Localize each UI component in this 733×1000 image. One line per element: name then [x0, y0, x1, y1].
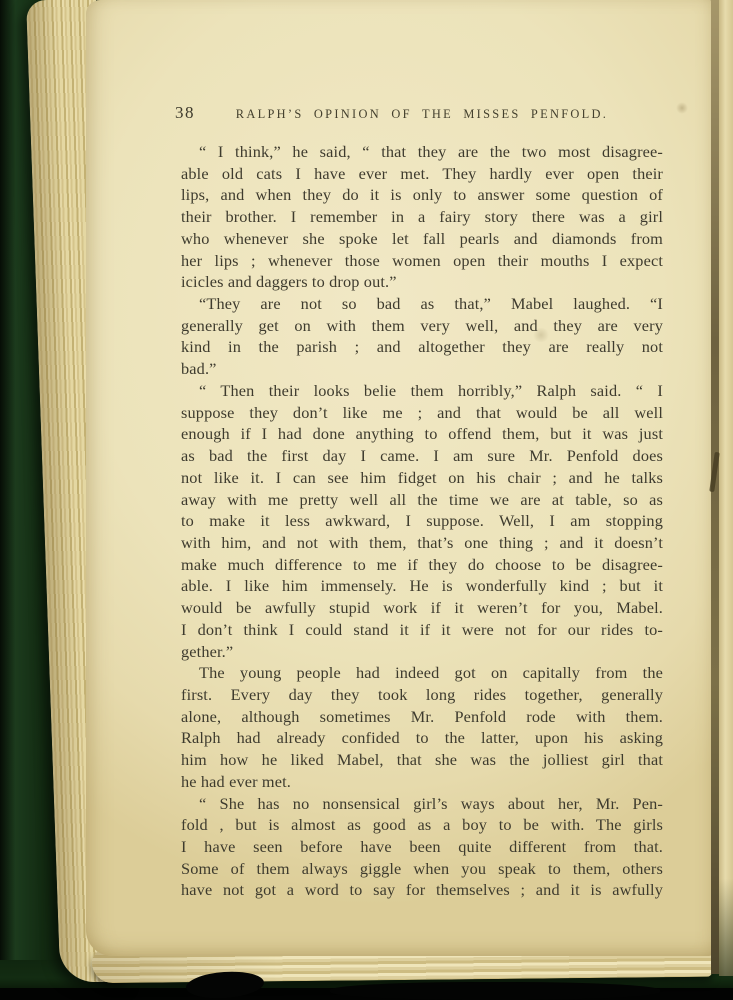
text-line: alone, although sometimes Mr. Penfold ro…	[181, 706, 663, 728]
text-line: their brother. I remember in a fairy sto…	[181, 206, 663, 228]
text-line: to make it less awkward, I suppose. Well…	[181, 510, 663, 532]
text-line: The young people had indeed got on capit…	[181, 662, 663, 684]
shadow-blob	[330, 982, 660, 1000]
paragraph: “ I think,” he said, “ that they are the…	[181, 141, 663, 293]
text-line: fold , but is almost as good as a boy to…	[181, 814, 663, 836]
paragraph: “ She has no nonsensical girl’s ways abo…	[181, 793, 663, 902]
text-line: have not got a word to say for themselve…	[181, 879, 663, 901]
paper-blemish	[532, 328, 550, 342]
text-line: “ I think,” he said, “ that they are the…	[181, 141, 663, 163]
text-line: I have seen before have been quite diffe…	[181, 836, 663, 858]
text-line: able old cats I have ever met. They hard…	[181, 163, 663, 185]
text-line: kind in the parish ; and altogether they…	[181, 336, 663, 358]
text-line: enough if I had done anything to offend …	[181, 423, 663, 445]
paper-blemish	[676, 102, 688, 114]
running-header: RALPH’S OPINION OF THE MISSES PENFOLD.	[181, 107, 663, 122]
text-line: away with me pretty well all the time we…	[181, 489, 663, 511]
text-line: able. I like him immensely. He is wonder…	[181, 575, 663, 597]
text-line: not like it. I can see him fidget on his…	[181, 467, 663, 489]
text-line: bad.”	[181, 358, 663, 380]
page-body: “ I think,” he said, “ that they are the…	[181, 141, 663, 901]
text-line: with him, and not with them, that’s one …	[181, 532, 663, 554]
text-line: generally get on with them very well, an…	[181, 315, 663, 337]
text-line: I don’t think I could stand it if it wer…	[181, 619, 663, 641]
page-edge-right	[719, 0, 733, 976]
text-line: “ Then their looks belie them horribly,”…	[181, 380, 663, 402]
book-photo: 38 RALPH’S OPINION OF THE MISSES PENFOLD…	[0, 0, 733, 1000]
paragraph: “ Then their looks belie them horribly,”…	[181, 380, 663, 662]
text-line: would be awfully stupid work if it weren…	[181, 597, 663, 619]
paragraph: “They are not so bad as that,” Mabel lau…	[181, 293, 663, 380]
text-line: him how he liked Mabel, that she was the…	[181, 749, 663, 771]
text-line: icicles and daggers to drop out.”	[181, 271, 663, 293]
text-line: “ She has no nonsensical girl’s ways abo…	[181, 793, 663, 815]
text-line: Ralph had already confided to the latter…	[181, 727, 663, 749]
paragraph: The young people had indeed got on capit…	[181, 662, 663, 792]
text-line: Some of them always giggle when you spea…	[181, 858, 663, 880]
text-line: first. Every day they took long rides to…	[181, 684, 663, 706]
text-line: he had ever met.	[181, 771, 663, 793]
text-line: who whenever she spoke let fall pearls a…	[181, 228, 663, 250]
text-line: her lips ; whenever those women open the…	[181, 250, 663, 272]
book-page: 38 RALPH’S OPINION OF THE MISSES PENFOLD…	[86, 0, 714, 956]
text-line: as bad the first day I came. I am sure M…	[181, 445, 663, 467]
text-line: “They are not so bad as that,” Mabel lau…	[181, 293, 663, 315]
text-line: gether.”	[181, 641, 663, 663]
text-line: lips, and when they do it is only to ans…	[181, 184, 663, 206]
text-line: make much difference to me if they do ch…	[181, 554, 663, 576]
text-line: suppose they don’t like me ; and that wo…	[181, 402, 663, 424]
